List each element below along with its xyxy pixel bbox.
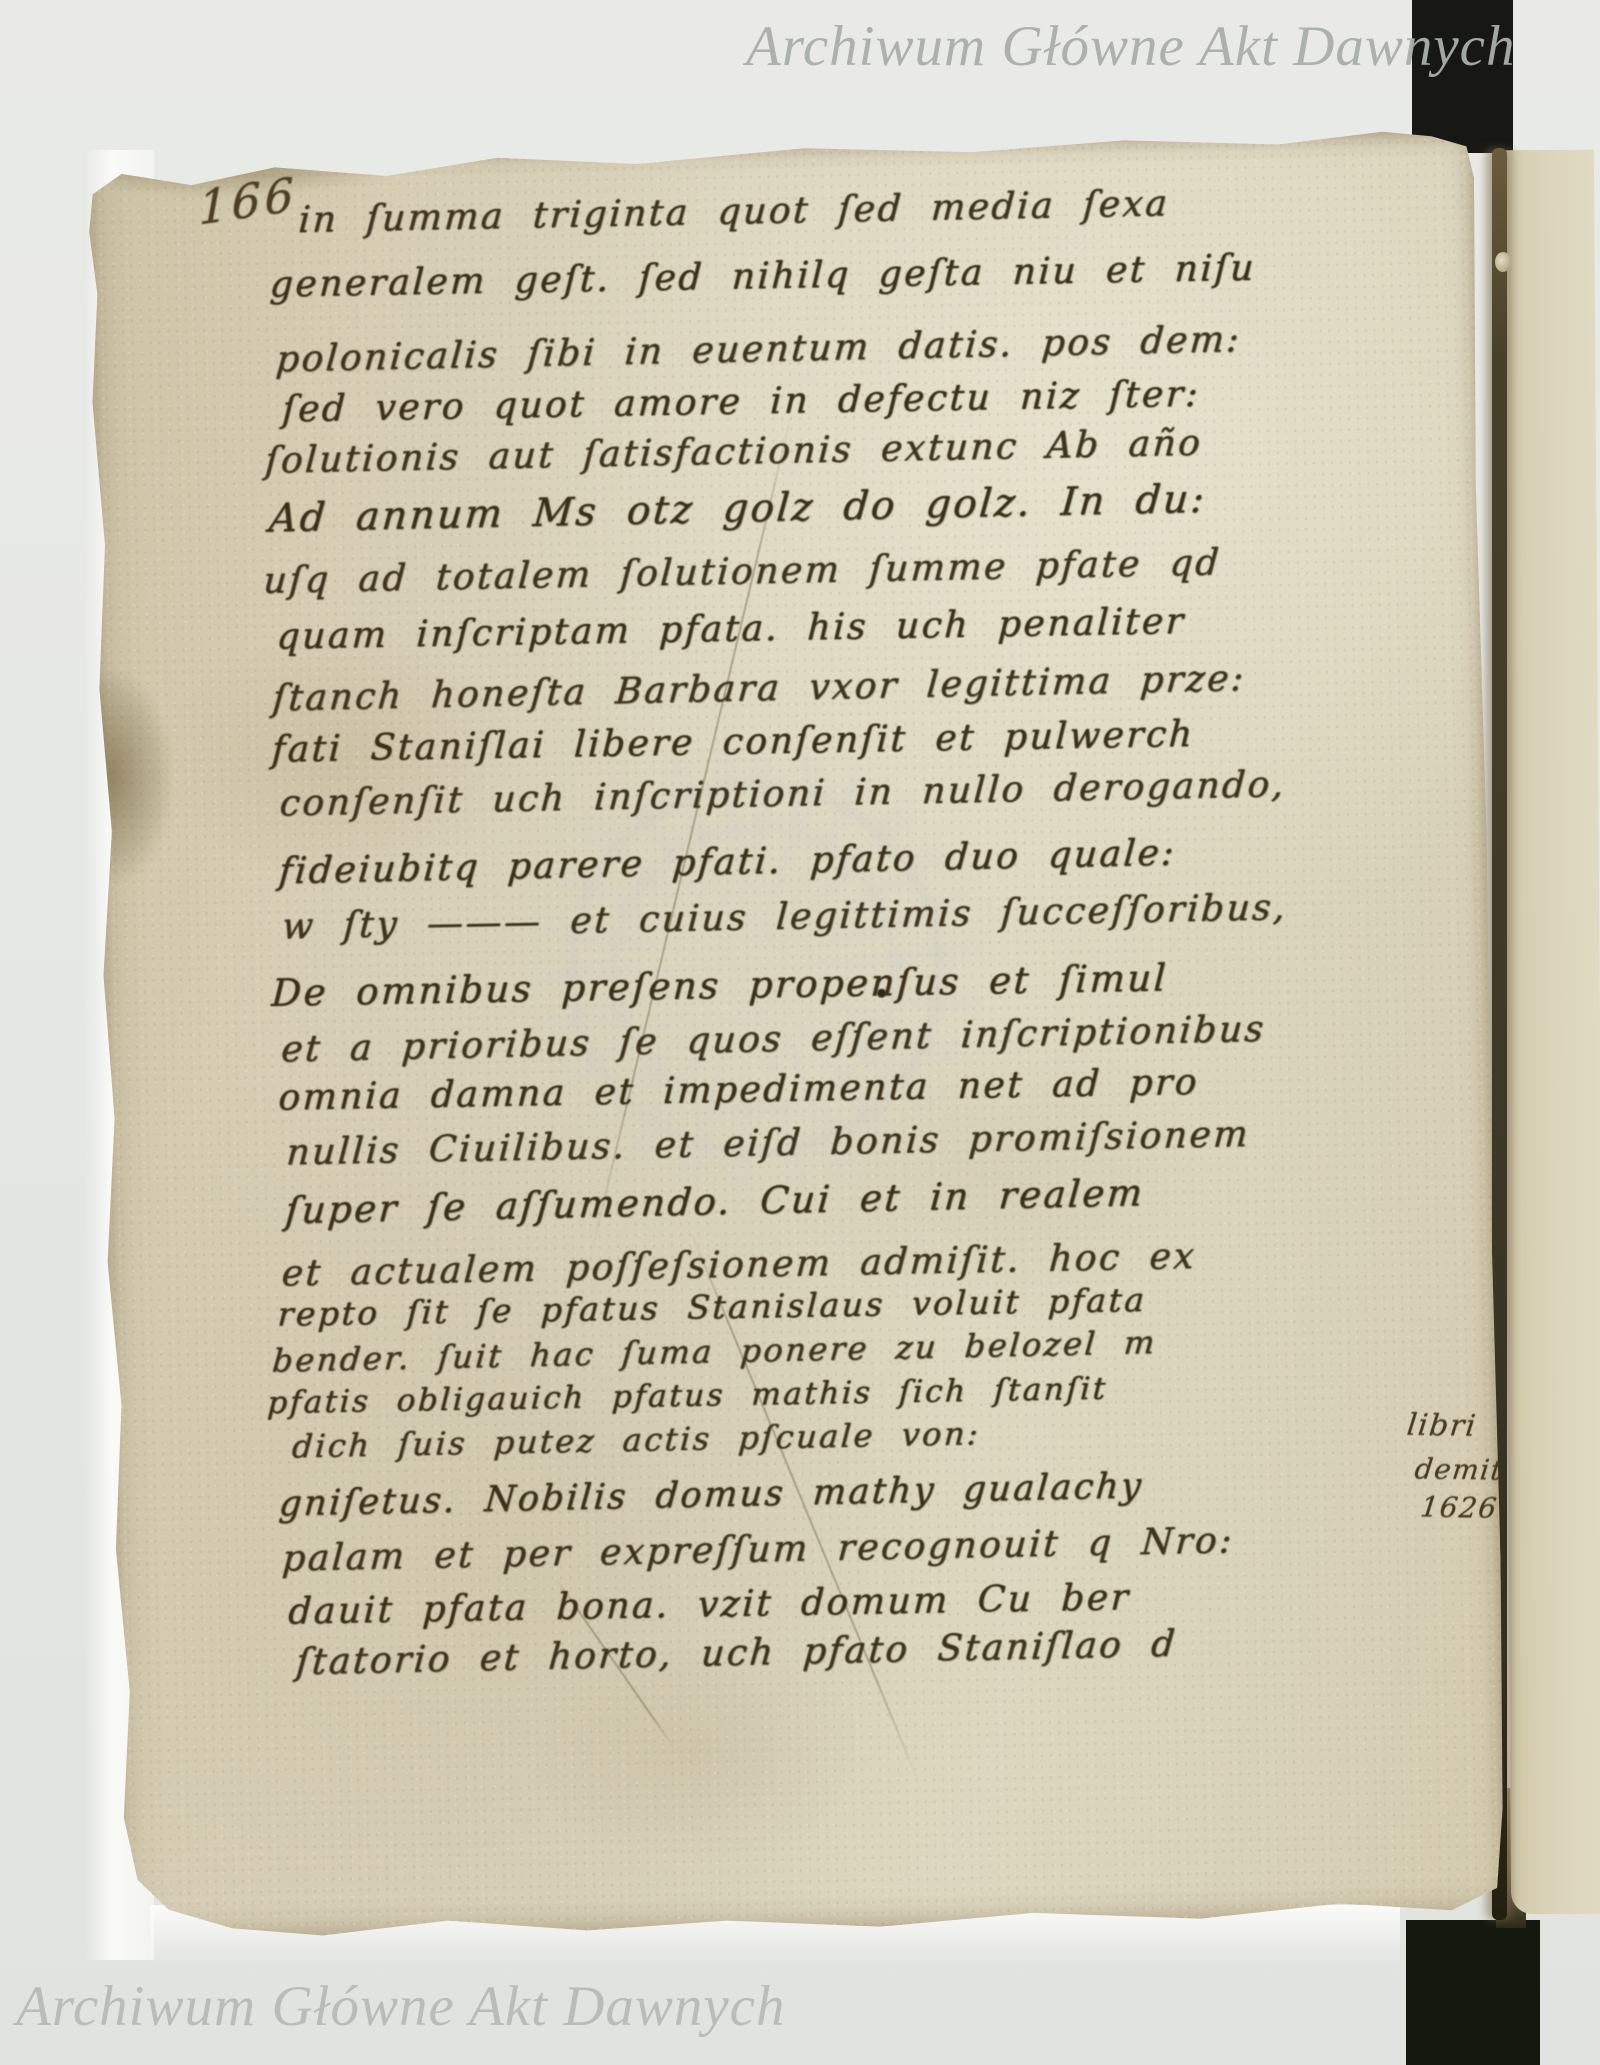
manuscript-line: w ſty ——— et cuius legittimis ſucceſſori… <box>281 887 1289 947</box>
manuscript-line: palam et per expreſſum recognouit q Nro: <box>281 1521 1235 1580</box>
next-page-edge <box>1499 150 1600 1915</box>
manuscript-line: ſtatorio et horto, uch pfato Staniſlao d <box>295 1624 1179 1684</box>
manuscript-line: fati Staniſlai libere conſenſit et pulwe… <box>271 714 1196 771</box>
manuscript-line: fideiubitq parere pfati. pfato duo quale… <box>277 833 1177 893</box>
manuscript-text: in ſumma triginta quot ſed media ſexagen… <box>79 125 1473 152</box>
manuscript-line: conſenſit uch inſcriptioni in nullo dero… <box>278 764 1287 824</box>
manuscript-line: uſq ad totalem ſolutionem ſumme pfate qd <box>262 543 1222 602</box>
manuscript-line: nullis Ciuilibus. et eiſd bonis promiſsi… <box>285 1114 1251 1174</box>
manuscript-line: De omnibus preſens propenſus et ſimul <box>270 957 1169 1015</box>
margin-note-line: libri <box>1405 1408 1479 1444</box>
manuscript-line: ſtanch honeſta Barbara vxor legittima pr… <box>271 658 1247 719</box>
manuscript-line: ſed vero quot amore in defectu niz ſter: <box>281 374 1201 431</box>
manuscript-line: ſuper ſe aſſumendo. Cui et in realem <box>284 1171 1147 1232</box>
manuscript-line: polonicalis ſibi in euentum datis. pos d… <box>275 319 1243 380</box>
manuscript-line: gniſetus. Nobilis domus mathy gualachy <box>278 1466 1145 1524</box>
manuscript-line: quam inſcriptam pfata. his uch penaliter <box>276 601 1187 658</box>
sewing-thread-knot <box>1495 252 1511 272</box>
manuscript-line: ſolutionis aut ſatisfactionis extunc Ab … <box>264 423 1204 482</box>
archive-watermark-top: Archiwum Główne Akt Dawnych <box>746 14 1515 79</box>
margin-note-line: demit <box>1413 1452 1505 1486</box>
manuscript-line: dauit pfata bona. vzit domum Cu ber <box>287 1577 1131 1632</box>
manuscript-line: in ſumma triginta quot ſed media ſexa <box>297 183 1171 241</box>
binding-strap-bottom <box>1406 1920 1540 2065</box>
manuscript-line: omnia damna et impedimenta net ad pro <box>277 1062 1200 1119</box>
margin-note: libridemit1626 <box>79 125 1473 152</box>
archive-watermark-bottom: Archiwum Główne Akt Dawnych <box>16 1974 785 2039</box>
archive-scan: 166 in ſumma triginta quot ſed media ſex… <box>0 0 1600 2065</box>
folio-number: 166 <box>199 167 298 236</box>
manuscript-line: generalem geſt. ſed nihilq geſta niu et … <box>269 248 1257 306</box>
manuscript-line: dich ſuis putez actis pſcuale von: <box>291 1414 982 1465</box>
manuscript-line: Ad annum Ms otz golz do golz. In du: <box>267 477 1208 542</box>
binding-strap-top <box>1412 0 1513 153</box>
manuscript-page: 166 in ſumma triginta quot ſed media ſex… <box>79 125 1507 1943</box>
manuscript-line: et a prioribus ſe quos eſſent inſcriptio… <box>280 1009 1268 1071</box>
margin-note-line: 1626 <box>1419 1491 1500 1525</box>
manuscript-line: pfatis obligauich pfatus mathis ſich ſta… <box>266 1371 1108 1421</box>
